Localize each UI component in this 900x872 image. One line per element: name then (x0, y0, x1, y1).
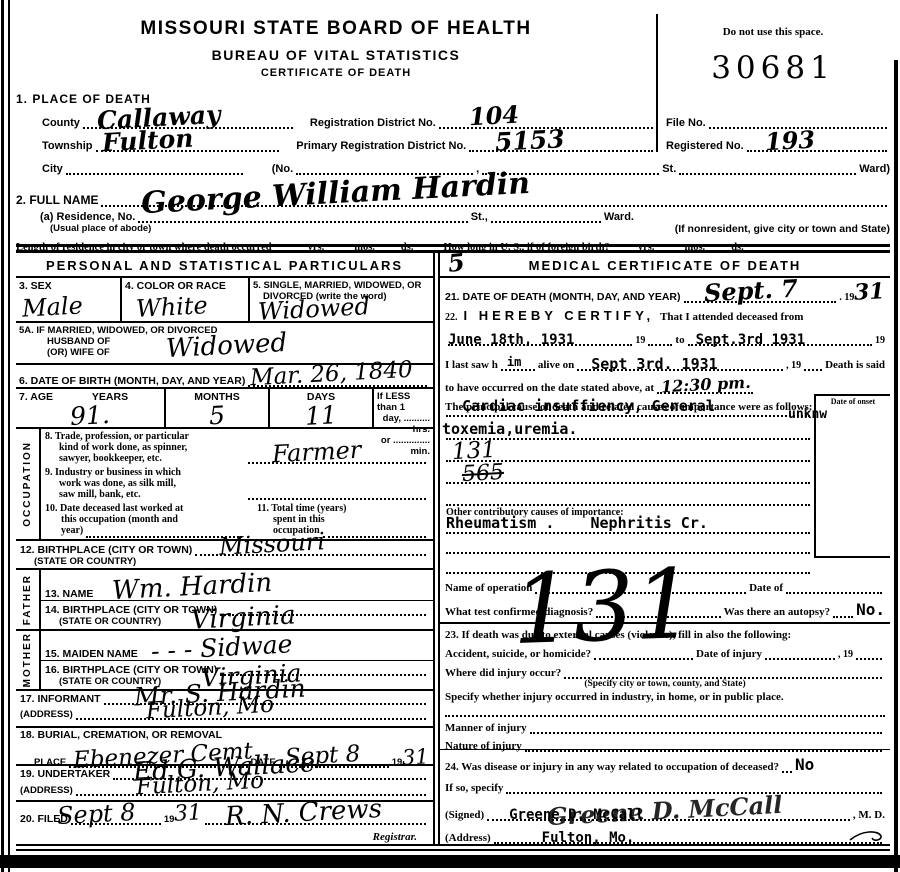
birthplace-label: 12. BIRTHPLACE (CITY OR TOWN) (20, 544, 192, 556)
county-label: County (42, 117, 80, 129)
occupation-items: 8. Trade, profession, or particular kind… (41, 429, 433, 539)
filed-date-entry: Sept 8 (56, 800, 136, 828)
age-days-cell: DAYS 11 (270, 389, 374, 427)
dob-entry: Mar. 26, 1840 (250, 359, 414, 390)
cert-rest: That I attended deceased from (660, 311, 803, 323)
occ8-row: 8. Trade, profession, or particular kind… (45, 431, 429, 464)
filed-row: 20. FILED Sept 8 19 31 R. N. Crews Regis… (16, 802, 433, 844)
married-entry: Widowed (165, 330, 287, 362)
ifso-label: If so, specify (445, 782, 503, 794)
marital-entry: Widowed (257, 294, 370, 324)
last-saw-im-field: im (501, 358, 535, 371)
spacer (637, 212, 887, 223)
certificate-number: 30681 (656, 50, 890, 86)
age-years-entry: 91. (69, 402, 110, 429)
father-name-label: 13. NAME (45, 588, 93, 600)
signed-field: Greene D. McCall Greene D. McCall (487, 808, 850, 821)
cause-entry-1: Cardiac insuffiency, General (462, 399, 715, 414)
cause-line-3: 131 (446, 440, 810, 462)
cause-line-4: 565 (446, 462, 810, 484)
contributory-row: Other contributory causes of importance:… (446, 506, 810, 534)
occupation-block: OCCUPATION 8. Trade, profession, or part… (16, 429, 433, 541)
attended-to-field: Sept.3rd 1931 (688, 333, 872, 346)
birthplace-field: Missouri (195, 543, 426, 556)
cause-line-1: Cardiac insuffiency, General (446, 394, 810, 417)
place-of-death-section: 1. PLACE OF DEATH County Callaway Regist… (16, 92, 890, 244)
to-label: to (675, 334, 684, 346)
dob-row: 6. DATE OF BIRTH (MONTH, DAY, AND YEAR) … (16, 365, 433, 389)
occ11-l1: 11. Total time (years) (257, 503, 429, 514)
father-bp-row: 14. BIRTHPLACE (CITY OR TOWN) (STATE OR … (41, 601, 433, 629)
color-label: 4. COLOR OR RACE (125, 280, 245, 292)
occ9-l2: work was done, as silk mill, (45, 478, 245, 489)
occ8-label: 8. Trade, profession, or particular kind… (45, 431, 245, 464)
death-certificate-page: MISSOURI STATE BOARD OF HEALTH BUREAU OF… (0, 0, 900, 872)
injury-date-label: Date of injury (696, 648, 762, 660)
date-of-onset-box: Date of onset unknw (814, 394, 890, 558)
medical-header: MEDICAL CERTIFICATE OF DEATH (529, 258, 802, 273)
marital-cell: 5. SINGLE, MARRIED, WIDOWED, OR DIVORCED… (250, 278, 433, 321)
birthplace-row: 12. BIRTHPLACE (CITY OR TOWN) Missouri (… (16, 541, 433, 570)
scan-border-bottom (0, 855, 900, 868)
reg-district-entry: 104 (468, 103, 519, 130)
abode-note: (Usual place of abode) (50, 223, 151, 235)
residence-field (138, 210, 467, 223)
registrar-field: R. N. Crews (205, 812, 426, 825)
age-months-cell: MONTHS 5 (166, 389, 270, 427)
scan-border-left-outer (1, 0, 4, 872)
page-subtitle: BUREAU OF VITAL STATISTICS (16, 47, 656, 63)
file-no-label: File No. (666, 117, 706, 129)
form-content: MISSOURI STATE BOARD OF HEALTH BUREAU OF… (16, 2, 890, 850)
occ8-l3: sawyer, bookkeeper, etc. (45, 453, 245, 464)
sex-label: 3. SEX (19, 280, 117, 292)
address-field: Fulton, Mo. (494, 831, 882, 844)
city-field (66, 162, 243, 175)
residence-st-label: St., (471, 211, 488, 223)
personal-header: PERSONAL AND STATISTICAL PARTICULARS (16, 253, 433, 278)
cert-no: 22. (445, 312, 458, 323)
cause-line-5 (446, 484, 810, 506)
manner-field (530, 721, 882, 734)
filed-year-prefix: 19 (164, 814, 175, 825)
autopsy-entry: No. (856, 602, 885, 618)
personal-column: PERSONAL AND STATISTICAL PARTICULARS 3. … (16, 253, 435, 844)
flourish-mark (848, 828, 884, 844)
stamp-note: Do not use this space. (656, 26, 890, 38)
mos-label: mos. (354, 242, 375, 253)
occ9-l3: saw mill, bank, etc. (45, 489, 245, 500)
city-ward-label: Ward) (859, 163, 890, 175)
township-entry: Fulton (101, 126, 194, 156)
dod-label: 21. DATE OF DEATH (MONTH, DAY, AND YEAR) (445, 291, 681, 303)
city-ward-field (679, 162, 856, 175)
father-vertical-cell: FATHER (16, 570, 41, 629)
year-19-a: 19 (635, 335, 645, 346)
dob-field: Mar. 26, 1840 (248, 374, 427, 387)
registered-no-zone: Registered No. 193 (656, 139, 890, 152)
age-row: 7. AGE YEARS 91. MONTHS 5 DAYS 11 If LES… (16, 389, 433, 429)
color-cell: 4. COLOR OR RACE White (122, 278, 250, 321)
residence-row: (a) Residence, No. St., Ward. (Usual pla… (16, 207, 890, 237)
color-entry: White (135, 293, 208, 321)
age-years-cell: 7. AGE YEARS 91. (16, 389, 166, 427)
injury-date-field (765, 647, 835, 660)
address-entry: Fulton, Mo. (542, 831, 635, 845)
yrs-label-2: yrs. (638, 242, 655, 253)
occ11-l2: spent in this (257, 514, 429, 525)
registered-no-label: Registered No. (666, 140, 744, 152)
full-name-field: George William Hardin (101, 194, 887, 207)
onset-label: Date of onset (816, 397, 890, 406)
attended-from-field: June 18th, 1931 (448, 333, 632, 346)
birthplace-entry: Missouri (219, 529, 326, 559)
registrar-label: Registrar. (20, 831, 429, 843)
age-months-entry: 5 (208, 403, 225, 429)
signed-script-entry: Greene D. McCall (547, 793, 783, 829)
scribble-565: 565 (461, 461, 504, 485)
age-days-entry: 11 (304, 402, 337, 429)
occupation-vertical-cell: OCCUPATION (16, 429, 41, 539)
occ8-l1: 8. Trade, profession, or particular (45, 431, 245, 442)
occ10-l3-wrap: year) (45, 525, 245, 538)
residence-ward-label: Ward. (604, 211, 634, 223)
less-label-1: If LESS than 1 (377, 391, 430, 413)
yrs-label: yrs. (308, 242, 325, 253)
occ8-l2: kind of work done, as spinner, (45, 442, 245, 453)
dod-year-entry: 31 (854, 280, 886, 304)
ifso-field (506, 781, 882, 794)
undertaker-address-entry: Fulton, Mo (135, 769, 264, 799)
township-label: Township (42, 140, 93, 152)
cert-main: I HEREBY CERTIFY, (464, 308, 655, 323)
city-st-label: St. (662, 163, 676, 175)
sex-entry: Male (21, 293, 83, 320)
occ9-field (248, 487, 426, 500)
sex-color-marital-row: 3. SEX Male 4. COLOR OR RACE White 5. SI… (16, 278, 433, 323)
big-scribble-131: 131 (510, 556, 696, 658)
marital-label-1: 5. SINGLE, MARRIED, WIDOWED, OR (253, 280, 430, 291)
mother-vertical-cell: MOTHER (16, 631, 41, 689)
specify-note: (Specify city or town, county, and State… (445, 679, 885, 689)
last-saw-2: alive on (538, 359, 574, 371)
signed-label: (Signed) (445, 809, 484, 821)
last-saw-field: Sept 3rd. 1931 (577, 358, 783, 371)
cause-entry-2: toxemia,uremia. (442, 422, 577, 437)
primary-district-field: 5153 (469, 139, 653, 152)
margin-note-entry: 5 (447, 250, 468, 276)
age-years-wrap: 91. (19, 403, 161, 429)
contributory-entry: Rheumatism . Nephritis Cr. (446, 516, 708, 531)
q24-entry: No (795, 757, 814, 773)
registered-no-entry: 193 (764, 128, 815, 155)
form-header: MISSOURI STATE BOARD OF HEALTH BUREAU OF… (16, 2, 890, 92)
occ8-entry: Farmer (271, 438, 361, 467)
dod-entry: Sept. 7 (703, 276, 798, 305)
occupation-vertical-label: OCCUPATION (22, 441, 33, 527)
injury-19: , 19 (838, 649, 853, 660)
occ11-field (323, 525, 426, 538)
death-said: Death is said (825, 359, 885, 371)
columns: PERSONAL AND STATISTICAL PARTICULARS 3. … (16, 253, 890, 844)
father-name-entry: Wm. Hardin (112, 570, 273, 604)
informant-address-entry: Fulton, Mo (145, 694, 274, 724)
reg-district-label: Registration District No. (310, 117, 436, 129)
informant-address-field: Fulton, Mo (76, 707, 426, 720)
attended-to-entry: Sept.3rd 1931 (696, 333, 806, 347)
city-label: City (42, 163, 63, 175)
occ10-label: 10. Date deceased last worked at this oc… (45, 503, 245, 538)
title-block: MISSOURI STATE BOARD OF HEALTH BUREAU OF… (16, 2, 656, 92)
ds-label: ds. (401, 242, 414, 253)
father-name-field: Wm. Hardin (96, 589, 426, 600)
father-name-row: 13. NAME Wm. Hardin (41, 570, 433, 601)
scan-border-right (894, 60, 898, 872)
last-saw-im-entry: im (507, 356, 521, 368)
scan-border-left-inner (8, 0, 10, 872)
primary-district-entry: 5153 (495, 126, 566, 155)
city-no-label: (No. (272, 163, 293, 175)
mother-name-label: 15. MAIDEN NAME (45, 648, 138, 660)
specify-text: Specify whether injury occurred in indus… (445, 691, 885, 703)
undertaker-label: 19. UNDERTAKER (20, 768, 110, 780)
age-less-cell: If LESS than 1 day, .......... hrs. or .… (374, 389, 433, 427)
operation-date-field (786, 581, 882, 594)
full-name-label: 2. FULL NAME (16, 193, 98, 207)
mother-name-row: 15. MAIDEN NAME - - - Sidwae (41, 631, 433, 661)
md-label: , M. D. (853, 809, 885, 821)
primary-district-label: Primary Registration District No. (296, 140, 466, 152)
nonresident-note: (If nonresident, give city or town and S… (675, 223, 890, 235)
occ10-l2: this occupation (month and (45, 514, 245, 525)
registrar-entry: R. N. Crews (225, 796, 383, 830)
where-label: Where did injury occur? (445, 667, 561, 679)
occ9-label: 9. Industry or business in which work wa… (45, 467, 245, 500)
occ10-l1: 10. Date deceased last worked at (45, 503, 245, 514)
age-label: 7. AGE (19, 391, 53, 403)
address-label: (Address) (445, 832, 491, 844)
howlong-label: How long in U. S., if of foreign birth? (443, 242, 609, 253)
length-label: Length of residence in city or town wher… (16, 242, 272, 253)
mother-vertical-label: MOTHER (22, 632, 33, 687)
undertaker-address-label: (ADDRESS) (20, 785, 73, 796)
ds-label-2: ds. (731, 242, 744, 253)
comma-19: , 19 (786, 360, 801, 371)
informant-address-label: (ADDRESS) (20, 709, 73, 720)
filed-date-field: Sept 8 (71, 812, 161, 825)
occ10-l3: year) (61, 525, 83, 538)
onset-entry: unknw (788, 408, 827, 421)
residence-label: (a) Residence, No. (40, 211, 135, 223)
spare-dotted-line (445, 703, 885, 717)
autopsy-label: Was there an autopsy? (724, 606, 830, 618)
informant-label: 17. INFORMANT (20, 693, 101, 705)
date-of-label: Date of (749, 582, 783, 594)
father-vertical-label: FATHER (22, 574, 33, 625)
dod-field: Sept. 7 (684, 290, 837, 303)
q24-text: 24. Was disease or injury in any way rel… (445, 761, 779, 773)
last-saw-entry: Sept 3rd. 1931 (591, 357, 717, 372)
mother-bp-label: 16. BIRTHPLACE (CITY OR TOWN) (45, 664, 217, 676)
medical-column: 5 MEDICAL CERTIFICATE OF DEATH 21. DATE … (438, 253, 890, 844)
occ8-field: Farmer (248, 451, 426, 464)
informant-row: 17. INFORMANT Mr. S. Hardin (ADDRESS) Fu… (16, 691, 433, 727)
full-name-row: 2. FULL NAME George William Hardin (16, 175, 890, 207)
dob-label: 6. DATE OF BIRTH (MONTH, DAY, AND YEAR) (19, 375, 245, 387)
signature-block: 24. Was disease or injury in any way rel… (440, 750, 890, 844)
father-items: 13. NAME Wm. Hardin 14. BIRTHPLACE (CITY… (41, 570, 433, 629)
mos-label-2: mos. (684, 242, 705, 253)
occ9-row: 9. Industry or business in which work wa… (45, 467, 429, 500)
document-type: CERTIFICATE OF DEATH (16, 67, 656, 79)
occ9-l1: 9. Industry or business in which (45, 467, 245, 478)
dod-year-prefix: . 19 (839, 292, 854, 303)
where-field (564, 666, 882, 679)
township-field: Fulton (96, 139, 280, 152)
last-saw-1: I last saw h (445, 359, 498, 371)
registered-no-field: 193 (747, 139, 887, 152)
father-block: FATHER 13. NAME Wm. Hardin 14. BIRTHPLAC… (16, 570, 433, 631)
page-title: MISSOURI STATE BOARD OF HEALTH (16, 18, 656, 40)
date-of-death-row: 21. DATE OF DEATH (MONTH, DAY, AND YEAR)… (440, 278, 890, 303)
manner-label: Manner of injury (445, 722, 527, 734)
bottom-divider (16, 844, 890, 851)
sex-cell: 3. SEX Male (16, 278, 122, 321)
medical-header-row: 5 MEDICAL CERTIFICATE OF DEATH (440, 253, 890, 278)
residence-st-field (491, 210, 601, 223)
stamp-box: Do not use this space. 30681 (656, 2, 890, 92)
certify-block: 22. I HEREBY CERTIFY, That I attended de… (440, 303, 890, 392)
filed-year-entry: 31 (174, 802, 203, 825)
township-row: Township Fulton Primary Registration Dis… (16, 129, 890, 152)
year-19-b: 19 (875, 335, 885, 346)
cause-line-2: toxemia,uremia. (446, 417, 810, 440)
attended-from-entry: June 18th, 1931 (448, 333, 574, 347)
